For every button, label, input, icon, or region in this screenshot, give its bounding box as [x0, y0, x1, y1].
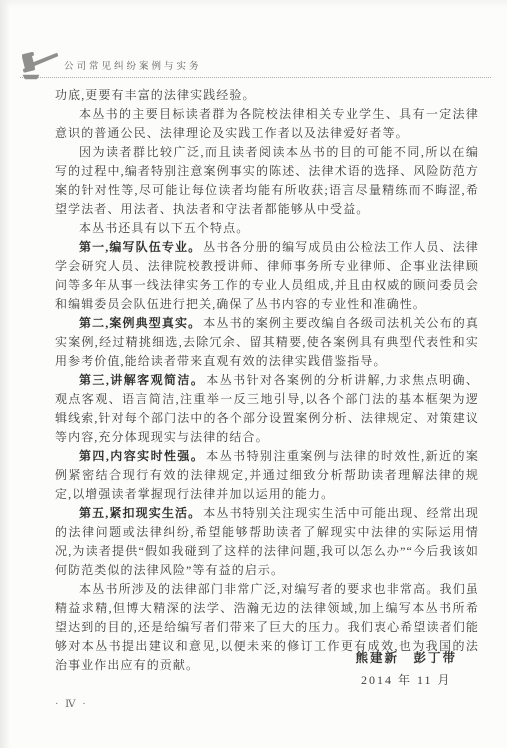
- signature-date: 2014 年 11 月: [355, 671, 457, 688]
- paragraph: 第五,紧扣现实生活。本丛书特别关注现实生活中可能出现、经常出现的法律问题或法律纠…: [55, 504, 479, 580]
- paragraph-lead: 第五,紧扣现实生活。: [79, 506, 201, 520]
- paragraph: 本丛书还具有以下五个特点。: [55, 219, 479, 238]
- paragraph: 功底,更要有丰富的法律实践经验。: [55, 86, 479, 105]
- page-number: · Ⅳ ·: [55, 698, 88, 710]
- paragraph: 第三,讲解客观简洁。本丛书针对各案例的分析讲解,力求焦点明确、观点客观、语言简洁…: [55, 371, 479, 447]
- paragraph-lead: 第三,讲解客观简洁。: [79, 373, 204, 387]
- paragraph: 本丛书的主要目标读者群为各院校法律相关专业学生、具有一定法律意识的普通公民、法律…: [55, 105, 479, 143]
- page-header: 公司常见纠纷案例与实务: [20, 44, 491, 78]
- paragraph-lead: 第四,内容实时性强。: [79, 449, 204, 463]
- gavel-icon: [20, 48, 60, 80]
- paragraph: 第一,编写队伍专业。丛书各分册的编写成员由公检法工作人员、法律学会研究人员、法律…: [55, 238, 479, 314]
- paragraph: 第二,案例典型真实。本丛书的案例主要改编自各级司法机关公布的真实案例,经过精挑细…: [55, 314, 479, 371]
- paragraph-lead: 第二,案例典型真实。: [79, 316, 201, 330]
- signature-block: 熊建新 彭丁带 2014 年 11 月: [355, 648, 457, 688]
- paragraph: 因为读者群比较广泛,而且读者阅读本丛书的目的可能不同,所以在编写的过程中,编者特…: [55, 143, 479, 219]
- paragraph: 第四,内容实时性强。本丛书特别注重案例与法律的时效性,新近的案例紧密结合现行有效…: [55, 447, 479, 504]
- author-names: 熊建新 彭丁带: [355, 648, 457, 666]
- paragraph-lead: 第一,编写队伍专业。: [79, 240, 201, 254]
- body-text: 功底,更要有丰富的法律实践经验。本丛书的主要目标读者群为各院校法律相关专业学生、…: [55, 86, 479, 675]
- running-head-title: 公司常见纠纷案例与实务: [64, 58, 202, 77]
- book-page: 公司常见纠纷案例与实务 功底,更要有丰富的法律实践经验。本丛书的主要目标读者群为…: [0, 0, 507, 748]
